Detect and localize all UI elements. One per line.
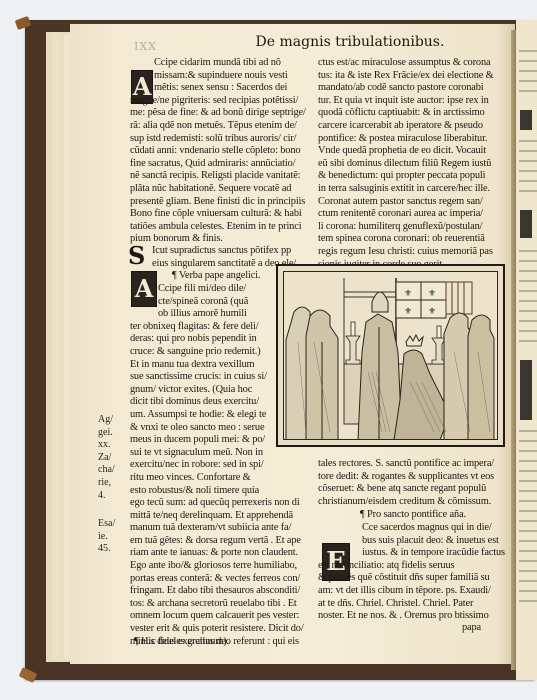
facing-page-edge xyxy=(516,20,537,680)
right-column-end: Cce sacerdos magnus qui in die/ bus suis… xyxy=(362,522,505,560)
right-column-top: ctus est/ac miraculose assumptus & coron… xyxy=(318,57,494,271)
svg-text:⚜: ⚜ xyxy=(428,307,436,317)
right-column-end-cont: est reconciliatio: atq fidelis seruus & … xyxy=(318,560,491,623)
right-column-bottom: tales rectores. S. sanctũ pontifice ac i… xyxy=(318,458,494,508)
folio-number: IXX xyxy=(134,40,157,53)
rubric-pro-sancto-pontifice: ¶ Pro sancto pontifice aña. xyxy=(360,509,466,522)
left-column-top: Ccipe cidarim mundã tibi ad nõ missam:& … xyxy=(154,57,288,95)
running-title: De magnis tribulationibus. xyxy=(200,34,500,50)
left-column-mid: Ccipe fili mi/deo dile/ cte/spineã coron… xyxy=(158,283,248,321)
coronation-scene-icon: ⚜ ⚜ ⚜ ⚜ xyxy=(284,272,498,440)
left-paragraph-s: Icut supradictus sanctus põtifex pp eius… xyxy=(152,245,296,270)
woodcut-illustration: ⚜ ⚜ ⚜ ⚜ xyxy=(276,264,505,447)
dropcap-s-icon: S xyxy=(128,244,145,268)
svg-text:⚜: ⚜ xyxy=(404,289,412,299)
svg-text:⚜: ⚜ xyxy=(404,307,412,317)
facing-dropcap xyxy=(520,110,532,130)
facing-dropcap xyxy=(520,360,532,382)
svg-text:⚜: ⚜ xyxy=(428,289,436,299)
margin-note-aggei: Ag/ gei. xx. Za/ cha/ rie, 4. xyxy=(98,414,115,502)
rubric-verba-pape: ¶ Verba pape angelici. xyxy=(172,270,260,283)
facing-dropcap xyxy=(520,210,532,238)
facing-dropcap xyxy=(520,380,532,420)
margin-note-esaie: Esa/ ie. 45. xyxy=(98,518,115,556)
rubric-hic-fideles-line: ¶ Hic fideles gratias deo referunt : qui… xyxy=(134,636,299,649)
catchword: papa xyxy=(462,622,481,635)
left-column-top-cont: magne/ne pigriteris: sed recipias potẽti… xyxy=(130,95,306,246)
dropcap-a-icon: A xyxy=(131,271,157,307)
